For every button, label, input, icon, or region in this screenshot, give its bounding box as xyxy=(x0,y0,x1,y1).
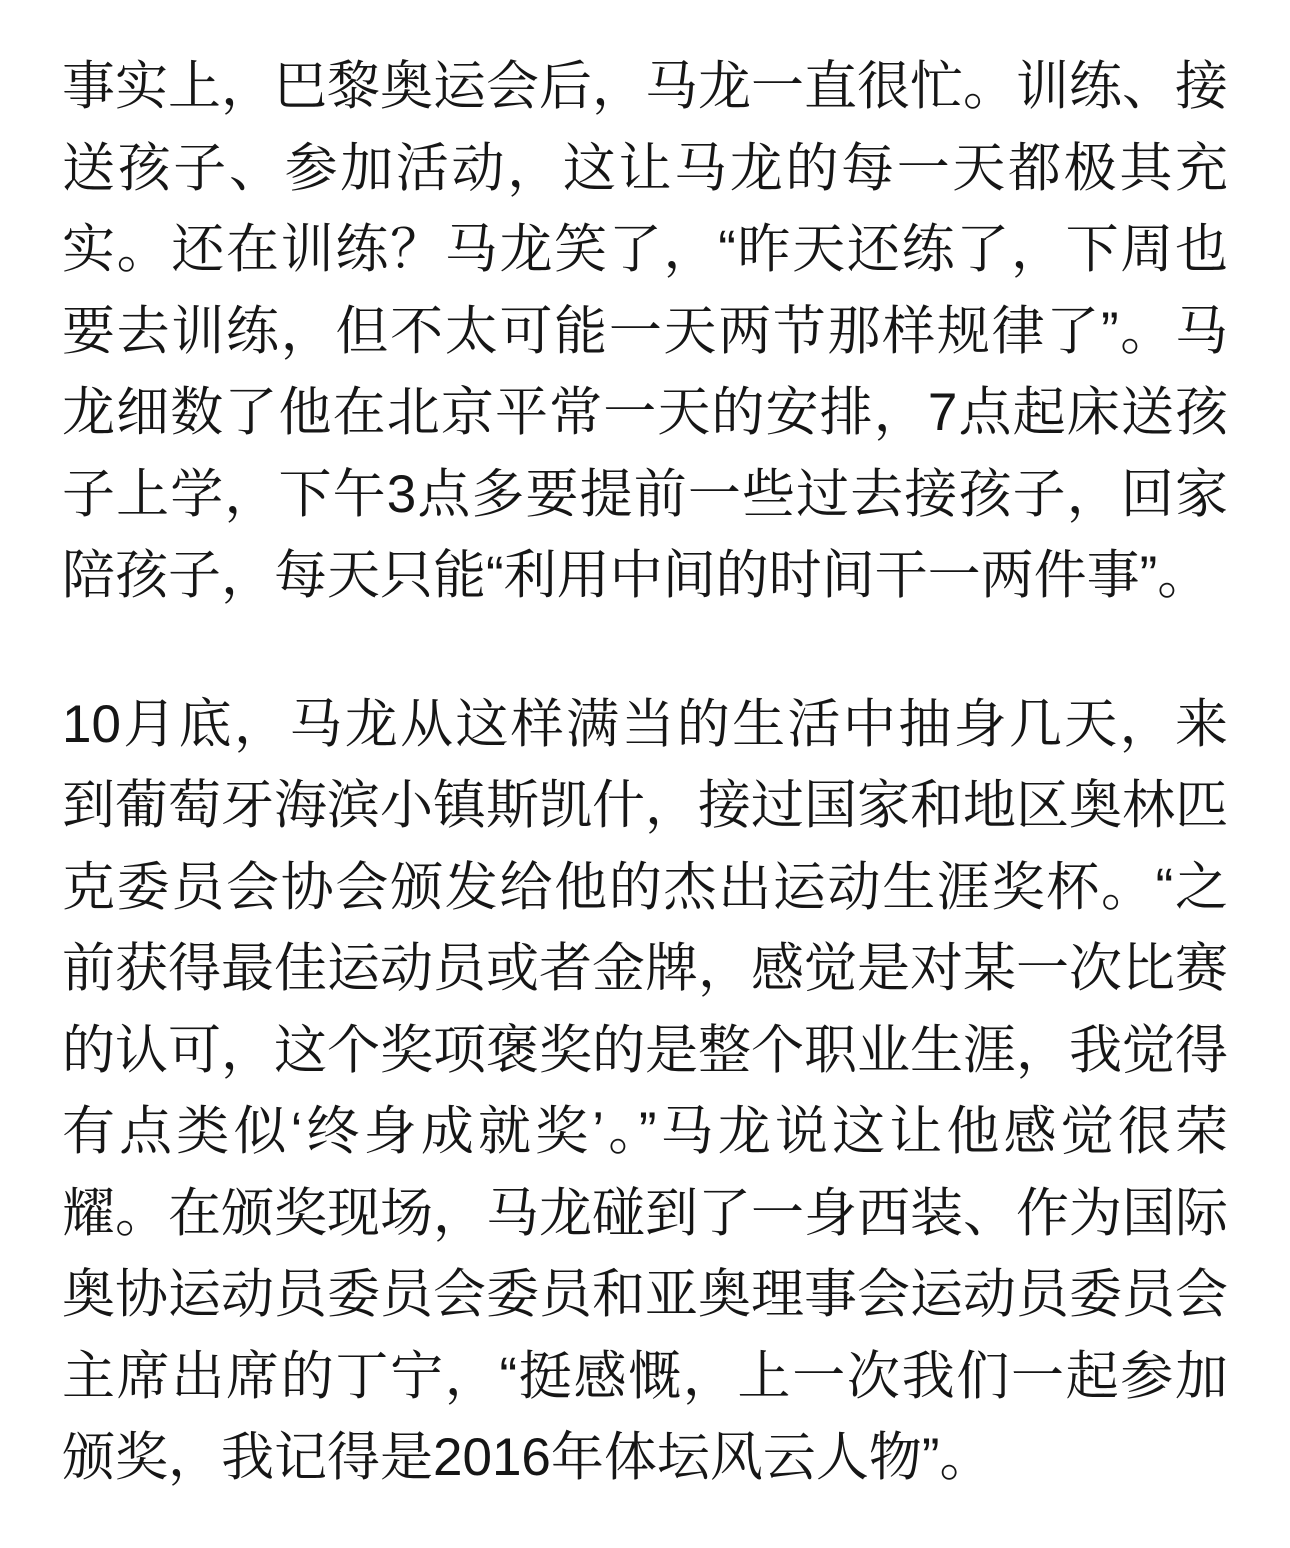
article-paragraph-2: 10月底，马龙从这样满当的生活中抽身几天，来到葡萄牙海滨小镇斯凯什，接过国家和地… xyxy=(62,684,1228,1499)
article-paragraph-1: 事实上，巴黎奥运会后，马龙一直很忙。训练、接送孩子、参加活动，这让马龙的每一天都… xyxy=(62,46,1228,617)
article-page: 事实上，巴黎奥运会后，马龙一直很忙。训练、接送孩子、参加活动，这让马龙的每一天都… xyxy=(0,0,1290,1548)
